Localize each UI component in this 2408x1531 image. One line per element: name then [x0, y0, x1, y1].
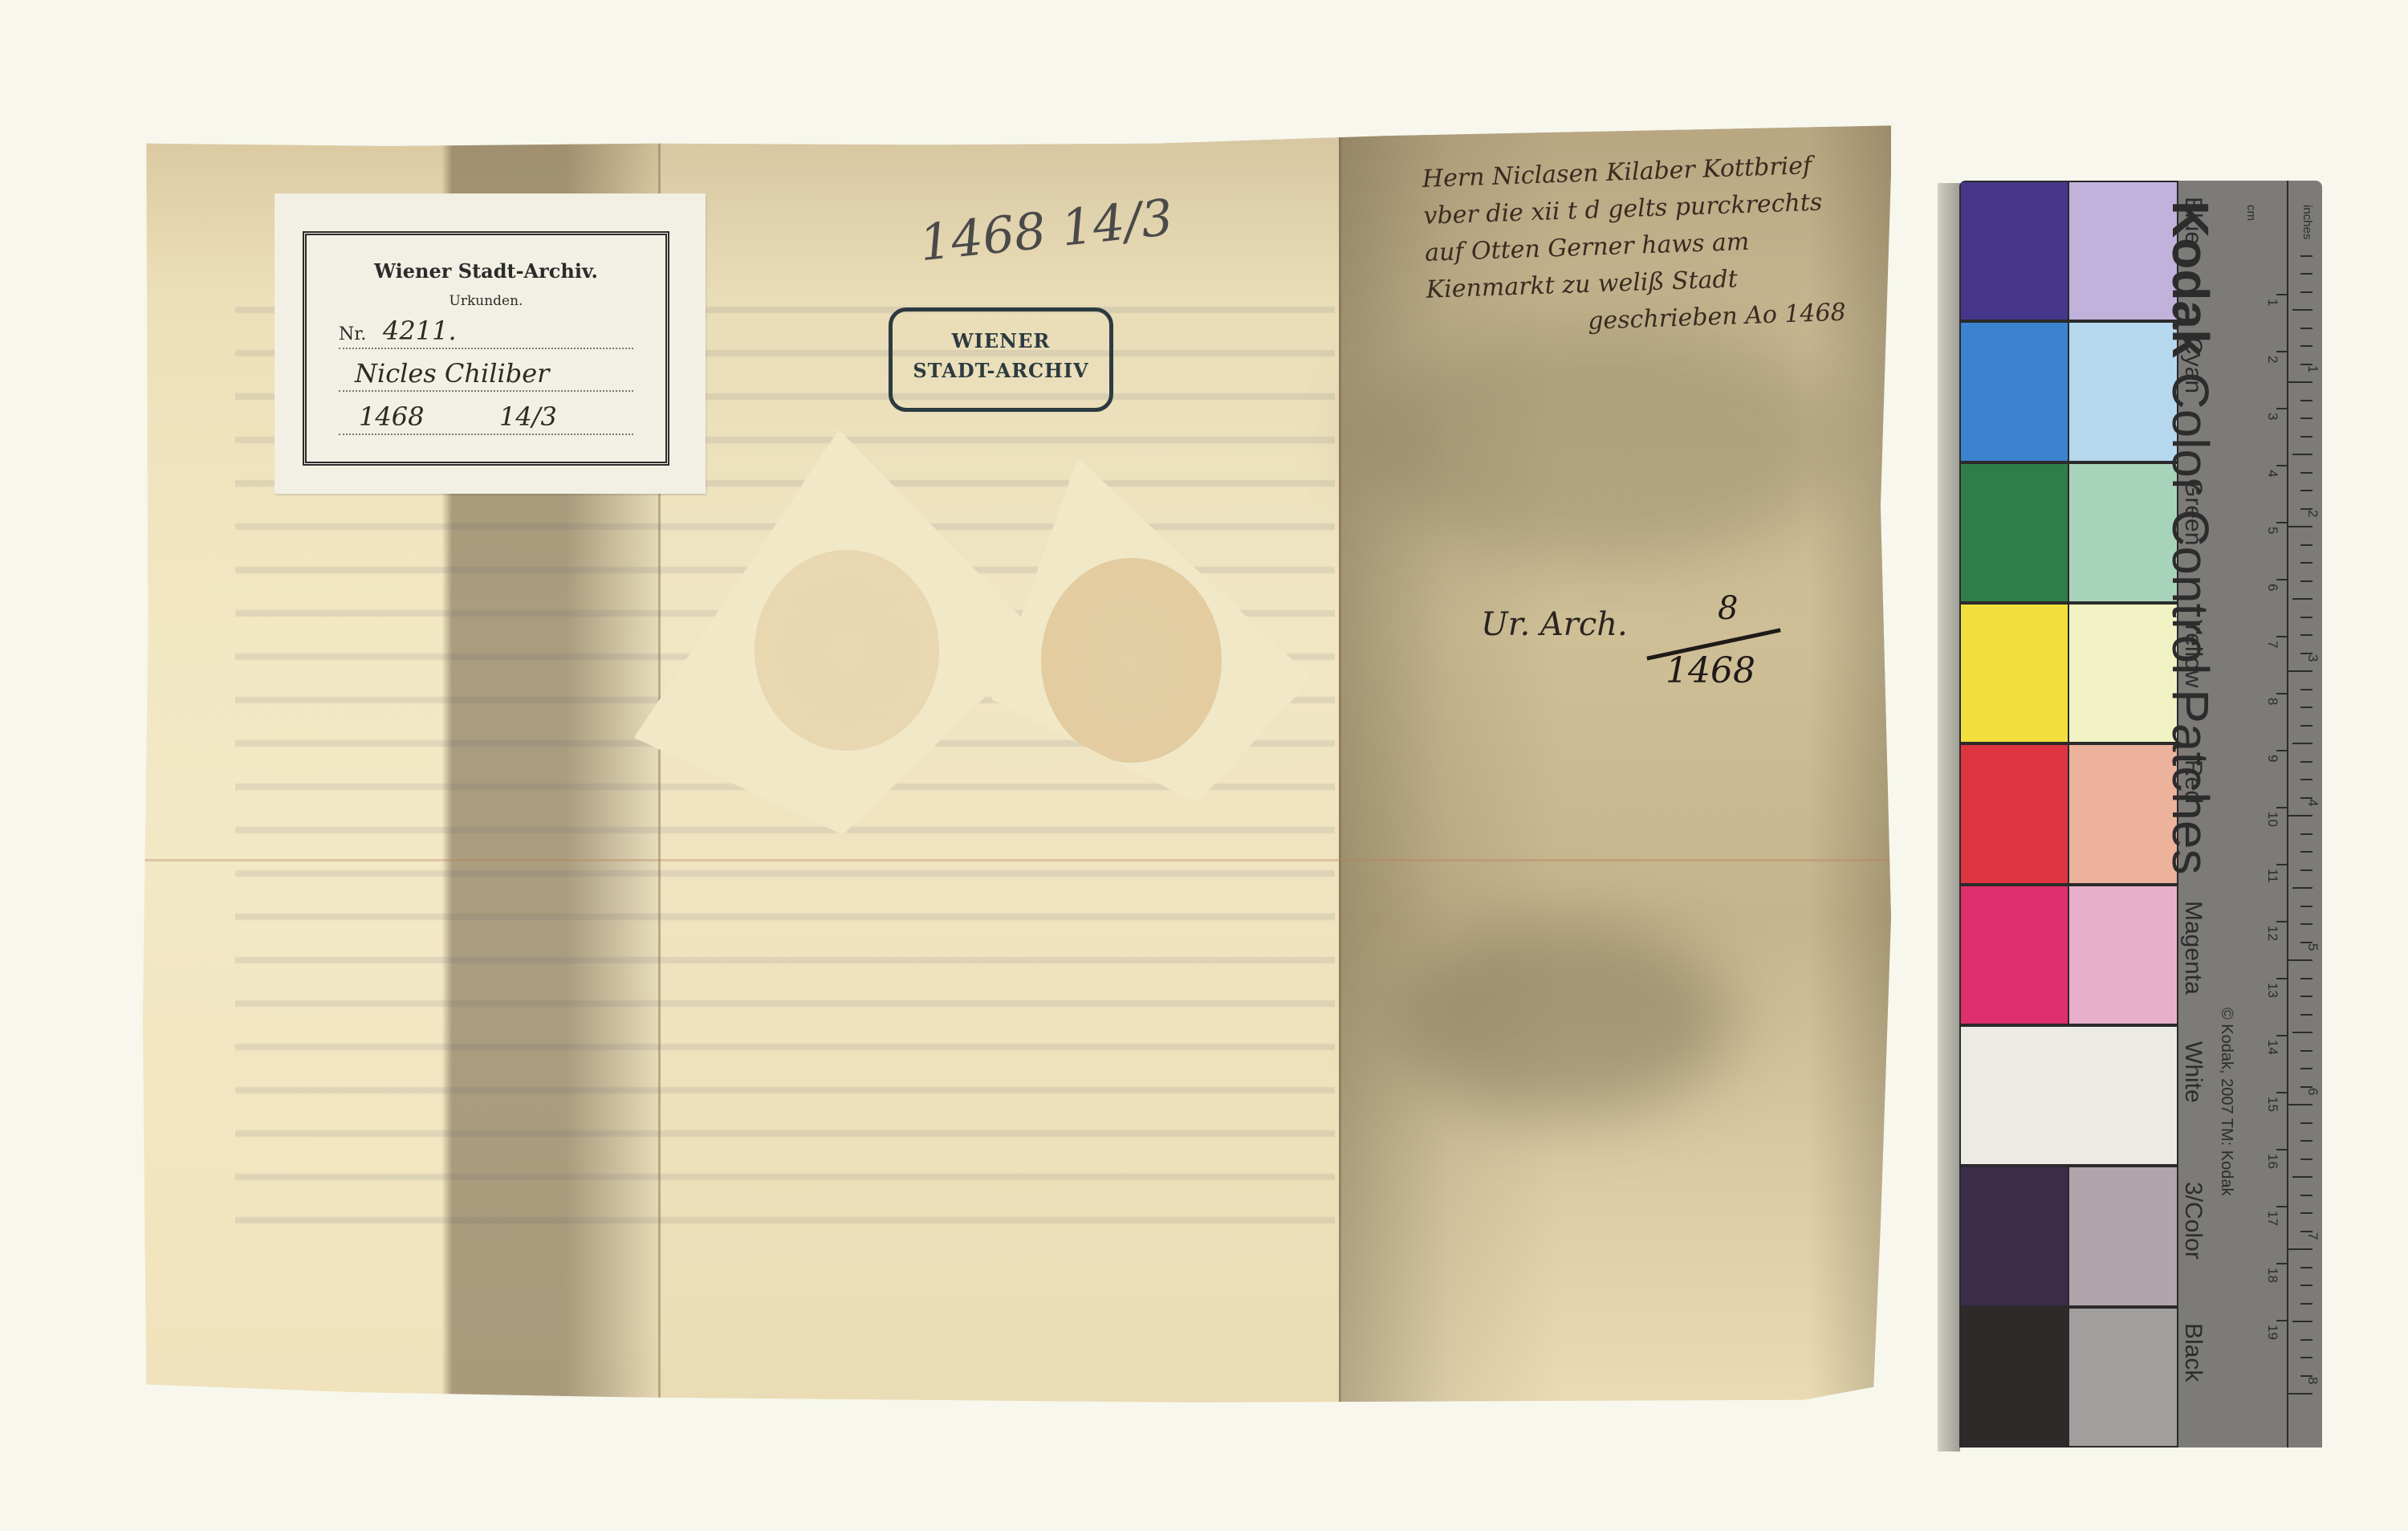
ruler-minor-tick	[2300, 779, 2312, 780]
ruler-minor-tick	[2300, 1050, 2312, 1052]
ruler-minor-tick	[2300, 1014, 2312, 1016]
ruler-cm-tick	[2276, 522, 2287, 523]
ruler-cm-tick	[2276, 1263, 2287, 1264]
ruler-cm-label: 5	[2264, 527, 2280, 534]
ruler-minor-tick	[2300, 1158, 2312, 1160]
ruler-cm-label: 1	[2264, 299, 2280, 306]
ruler-minor-tick	[2300, 706, 2312, 708]
ruler-inch-label: 4	[2304, 799, 2321, 806]
ruler-minor-tick	[2292, 309, 2312, 311]
ruler-cm-tick	[2276, 978, 2287, 979]
ruler-minor-tick	[2300, 1140, 2312, 1142]
label-name: Nicles Chiliber	[355, 358, 549, 389]
ruler-cm-label: 9	[2264, 755, 2280, 762]
ruler-minor-tick	[2300, 490, 2312, 491]
ruler-minor-tick	[2300, 653, 2312, 654]
vertical-fold-line	[1339, 120, 1341, 1405]
ruler-cm-tick	[2276, 807, 2287, 808]
ruler-cm-label: 11	[2264, 869, 2280, 883]
label-nr-prefix: Nr.	[339, 324, 366, 344]
ruler-minor-tick	[2300, 942, 2312, 943]
patch-label: Red	[2179, 759, 2207, 804]
ruler-inch-label: 3	[2304, 654, 2321, 662]
ruler-inch-label: 5	[2304, 943, 2321, 951]
archive-stamp: WIENER STADT-ARCHIV	[889, 307, 1113, 412]
label-frame: Wiener Stadt-Archiv. Urkunden. Nr. 4211.…	[303, 231, 669, 466]
ruler-minor-tick	[2300, 580, 2312, 582]
ruler-minor-tick	[2300, 996, 2312, 997]
ruler-minor-tick	[2300, 417, 2312, 419]
ruler-minor-tick	[2292, 1321, 2312, 1322]
patch-label: White	[2179, 1041, 2207, 1103]
patch-label: 3/Color	[2179, 1182, 2207, 1260]
ruler-minor-tick	[2300, 364, 2312, 365]
ruler-cm-unit: cm	[2244, 205, 2258, 221]
card-shadow	[1938, 183, 1960, 1452]
ruler-minor-tick	[2300, 1231, 2312, 1232]
label-row-name: Nicles Chiliber	[339, 358, 633, 392]
ruler-minor-tick	[2300, 725, 2312, 727]
ruler-cm-label: 3	[2264, 413, 2280, 420]
color-patch-black-dark	[1959, 1307, 2069, 1448]
archive-note-numerator: 8	[1718, 590, 1738, 627]
ruler-cm-tick	[2276, 351, 2287, 352]
ruler-cm-label: 15	[2264, 1097, 2280, 1112]
ruler-cm-label: 14	[2264, 1040, 2280, 1055]
label-row-number: Nr. 4211.	[339, 316, 633, 349]
ruler-minor-tick	[2300, 851, 2312, 853]
ruler-minor-tick	[2300, 1122, 2312, 1124]
color-patch-yellow-dark	[1959, 603, 2069, 743]
faded-seal-impression	[755, 550, 939, 751]
ruler-minor-tick	[2292, 743, 2312, 744]
label-day: 14/3	[499, 401, 557, 432]
ruler-inch-label: 8	[2304, 1377, 2321, 1384]
ruler-cm-tick	[2276, 1206, 2287, 1207]
ruler-minor-tick	[2300, 1212, 2312, 1214]
ruler-cm-label: 6	[2264, 584, 2280, 591]
ruler-minor-tick	[2300, 761, 2312, 763]
water-stain	[1363, 321, 1845, 562]
color-patch-green-dark	[1959, 462, 2069, 603]
ruler-minor-tick	[2300, 1086, 2312, 1088]
ruler-minor-tick	[2300, 869, 2312, 871]
ruler-cm-label: 12	[2264, 926, 2280, 941]
ruler-cm-label: 19	[2264, 1325, 2280, 1340]
ruler-cm-tick	[2276, 636, 2287, 637]
ruler-minor-tick	[2300, 1357, 2312, 1358]
ruler-inch-label: 2	[2304, 510, 2321, 517]
color-patch-magenta-dark	[1959, 885, 2069, 1025]
ruler-cm-tick	[2276, 294, 2287, 295]
seal-impression	[1041, 558, 1222, 763]
ruler-cm-label: 17	[2264, 1211, 2280, 1226]
color-patch-3-color-dark	[1959, 1166, 2069, 1306]
ruler-cm-label: 13	[2264, 983, 2280, 998]
ruler-minor-tick	[2300, 797, 2312, 799]
color-patch-cyan-dark	[1959, 321, 2069, 462]
ruler-minor-tick	[2292, 454, 2312, 455]
ruler-cm-tick	[2276, 864, 2287, 865]
patch-label: Green	[2179, 478, 2207, 545]
color-patch-magenta-light	[2068, 885, 2178, 1025]
ruler-cm-tick	[2276, 579, 2287, 580]
patch-label: Yellow	[2179, 619, 2207, 688]
ruler-cm-tick	[2276, 1149, 2287, 1150]
ruler-minor-tick	[2300, 1068, 2312, 1069]
label-subtitle: Urkunden.	[307, 293, 665, 309]
ruler-minor-tick	[2292, 887, 2312, 889]
label-title: Wiener Stadt-Archiv.	[307, 259, 665, 283]
ruler-minor-tick	[2292, 1176, 2312, 1178]
ruler-minor-tick	[2300, 617, 2312, 618]
label-year: 1468	[359, 401, 424, 432]
color-patch-black-light	[2068, 1307, 2178, 1448]
ruler-cm-label: 4	[2264, 470, 2280, 477]
ruler-minor-tick	[2300, 1339, 2312, 1341]
ruler-minor-tick	[2300, 436, 2312, 438]
ruler-minor-tick	[2300, 1375, 2312, 1377]
patch-label: Magenta	[2179, 901, 2207, 995]
archive-note-text: Ur. Arch.	[1481, 606, 1628, 643]
ruler-minor-tick	[2300, 472, 2312, 474]
ruler-inch-tick	[2288, 1393, 2312, 1395]
ruler-cm-tick	[2276, 750, 2287, 751]
ruler-cm-tick	[2276, 1320, 2287, 1321]
ruler-cm-tick	[2276, 1035, 2287, 1036]
patch-label: Cyan	[2179, 337, 2207, 393]
ruler-minor-tick	[2300, 508, 2312, 510]
water-stain	[1395, 923, 1732, 1116]
ruler-minor-tick	[2292, 598, 2312, 600]
patch-label: Blue	[2179, 197, 2207, 245]
ruler-inch-tick	[2288, 670, 2312, 672]
color-patch-white	[1959, 1025, 2178, 1166]
ruler-minor-tick	[2292, 1032, 2312, 1033]
ruler-minor-tick	[2300, 906, 2312, 907]
color-patch-blue-dark	[1959, 181, 2069, 321]
ruler-cm-label: 16	[2264, 1154, 2280, 1169]
ruler-inch-label: 7	[2304, 1232, 2321, 1240]
ruler-minor-tick	[2300, 689, 2312, 690]
ruler-inch-tick	[2288, 1104, 2312, 1105]
ruler-cm-label: 18	[2264, 1268, 2280, 1283]
ruler-minor-tick	[2300, 544, 2312, 546]
ruler-minor-tick	[2300, 1303, 2312, 1305]
stamp-line-2: STADT-ARCHIV	[893, 359, 1109, 382]
ruler-inch-tick	[2288, 1248, 2312, 1250]
medieval-endorsement: Hern Niclasen Kilaber Kottbrief vber die…	[1422, 144, 1926, 345]
ruler-divider	[2287, 181, 2288, 1448]
patch-label: Black	[2179, 1323, 2207, 1382]
ruler-cm-label: 8	[2264, 698, 2280, 705]
color-patch-red-dark	[1959, 743, 2069, 884]
ruler-minor-tick	[2300, 345, 2312, 347]
ruler-minor-tick	[2300, 273, 2312, 275]
ruler-inch-tick	[2288, 526, 2312, 527]
ruler-minor-tick	[2300, 400, 2312, 401]
ruler-minor-tick	[2300, 923, 2312, 925]
ruler-minor-tick	[2300, 562, 2312, 564]
horizontal-fold-line	[143, 859, 1891, 861]
ruler-minor-tick	[2300, 634, 2312, 636]
ruler-cm-tick	[2276, 693, 2287, 694]
ruler-inch-label: 1	[2304, 365, 2321, 373]
ruler-inch-tick	[2288, 381, 2312, 383]
kodak-color-card: Kodak Color Control Patches © Kodak, 200…	[1959, 181, 2322, 1448]
ruler-cm-tick	[2276, 1092, 2287, 1093]
card-copyright: © Kodak, 2007 TM: Kodak	[2217, 1008, 2235, 1196]
color-patch-3-color-light	[2068, 1166, 2178, 1306]
ruler-inch-label: 6	[2304, 1088, 2321, 1095]
ruler-cm-tick	[2276, 408, 2287, 409]
ruler-inch-unit: inches	[2300, 205, 2314, 239]
ruler-minor-tick	[2300, 833, 2312, 835]
archive-note-denominator: 1468	[1666, 650, 1755, 691]
ruler-minor-tick	[2300, 1267, 2312, 1268]
archive-label: Wiener Stadt-Archiv. Urkunden. Nr. 4211.…	[275, 193, 706, 494]
ruler-cm-label: 7	[2264, 641, 2280, 648]
ruler-cm-tick	[2276, 921, 2287, 922]
ruler-cm-tick	[2276, 465, 2287, 466]
ruler-minor-tick	[2300, 978, 2312, 979]
stamp-line-1: WIENER	[893, 329, 1109, 352]
ruler-minor-tick	[2300, 1285, 2312, 1286]
ruler-minor-tick	[2300, 255, 2312, 257]
ruler-minor-tick	[2300, 1195, 2312, 1196]
ruler-minor-tick	[2300, 328, 2312, 329]
label-number: 4211.	[383, 316, 457, 346]
label-row-date: 1468 14/3	[339, 401, 633, 435]
ruler-inch-tick	[2288, 815, 2312, 816]
ruler-minor-tick	[2300, 291, 2312, 293]
ruler-cm-label: 10	[2264, 812, 2280, 827]
ruler-inch-tick	[2288, 959, 2312, 961]
ruler-cm-label: 2	[2264, 356, 2280, 363]
